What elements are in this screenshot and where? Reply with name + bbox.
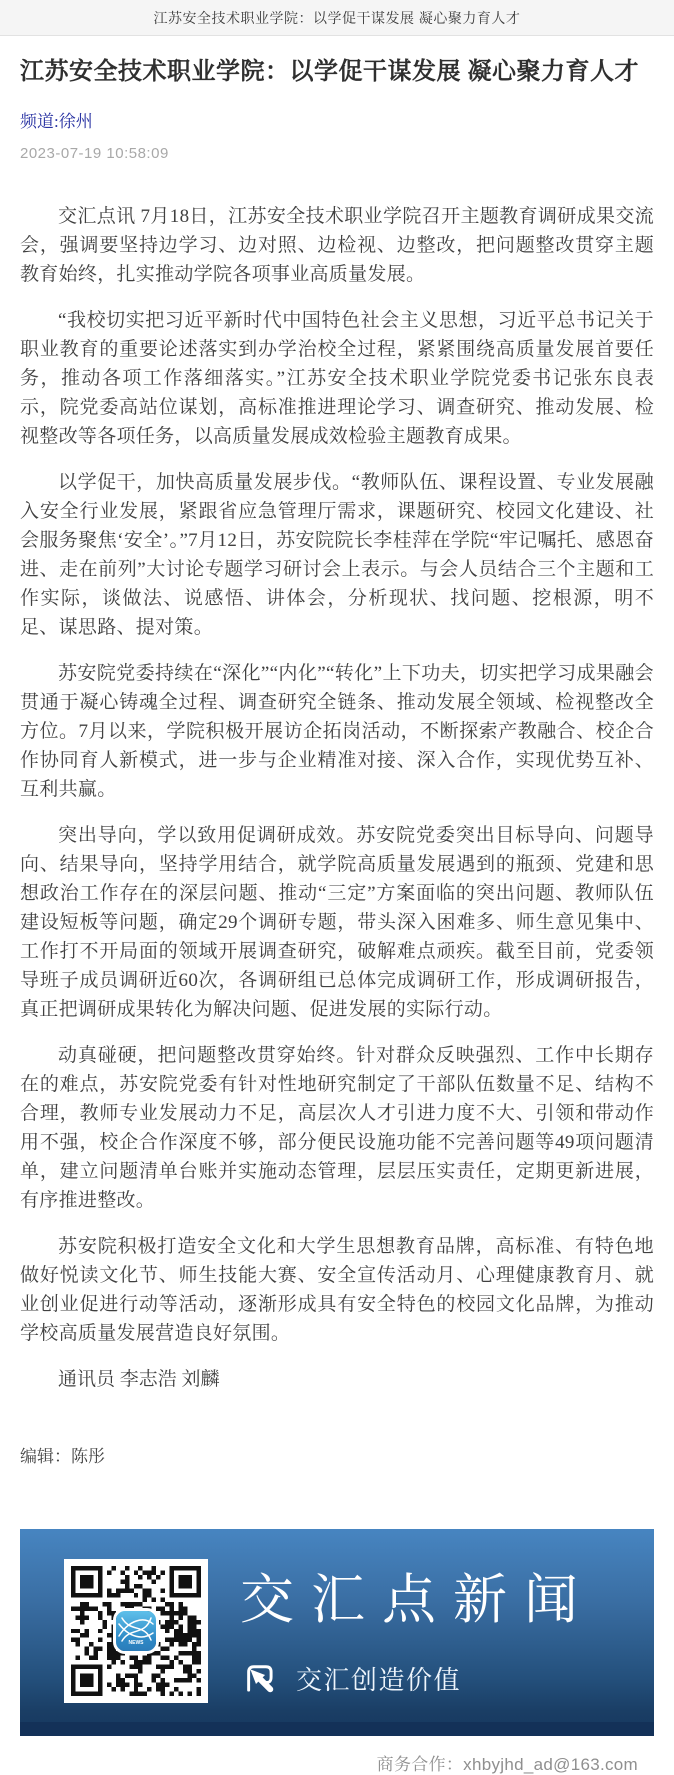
banner-text-block: 交汇点新闻 交汇创造价值 xyxy=(240,1529,595,1736)
article-paragraph: 苏安院党委持续在“深化”“内化”“转化”上下功夫，切实把学习成果融会贯通于凝心铸… xyxy=(20,659,654,804)
editor-line: 编辑：陈彤 xyxy=(20,1442,654,1467)
article-paragraph: 突出导向，学以致用促调研成效。苏安院党委突出目标导向、问题导向、结果导向，坚持学… xyxy=(20,821,654,1024)
banner-slogan: 交汇创造价值 xyxy=(296,1660,461,1697)
cursor-arrow-icon xyxy=(240,1659,278,1697)
banner-brand-title: 交汇点新闻 xyxy=(240,1571,595,1629)
correspondent-line: 通讯员 李志浩 刘麟 xyxy=(20,1365,654,1394)
article-container: 江苏安全技术职业学院：以学促干谋发展 凝心聚力育人才 频道:徐州 2023-07… xyxy=(0,52,674,1775)
business-contact: 商务合作：xhbyjhd_ad@163.com xyxy=(20,1750,654,1775)
article-paragraph: 动真碰硬，把问题整改贯穿始终。针对群众反映强烈、工作中长期存在的难点，苏安院党委… xyxy=(20,1041,654,1215)
qr-code: NEWS xyxy=(64,1559,208,1703)
article-paragraph: 苏安院积极打造安全文化和大学生思想教育品牌，高标准、有特色地做好悦读文化节、师生… xyxy=(20,1232,654,1348)
channel-link[interactable]: 频道:徐州 xyxy=(20,112,93,131)
promo-banner[interactable]: NEWS 交汇点新闻 交汇创造价值 xyxy=(20,1529,654,1736)
header-title: 江苏安全技术职业学院：以学促干谋发展 凝心聚力育人才 xyxy=(154,8,521,28)
app-logo-icon: NEWS xyxy=(116,1611,156,1651)
article-paragraph: 以学促干，加快高质量发展步伐。“教师队伍、课程设置、专业发展融入安全行业发展，紧… xyxy=(20,468,654,642)
article-paragraph: “我校切实把习近平新时代中国特色社会主义思想，习近平总书记关于职业教育的重要论述… xyxy=(20,306,654,451)
publish-timestamp: 2023-07-19 10:58:09 xyxy=(20,145,654,162)
channel-row: 频道:徐州 xyxy=(20,107,654,132)
article-title: 江苏安全技术职业学院：以学促干谋发展 凝心聚力育人才 xyxy=(20,52,654,92)
banner-slogan-row: 交汇创造价值 xyxy=(240,1659,595,1697)
article-paragraph: 交汇点讯 7月18日，江苏安全技术职业学院召开主题教育调研成果交流会，强调要坚持… xyxy=(20,202,654,289)
app-logo-glyph: NEWS xyxy=(116,1566,156,1696)
svg-text:NEWS: NEWS xyxy=(129,1640,145,1646)
article-body: 交汇点讯 7月18日，江苏安全技术职业学院召开主题教育调研成果交流会，强调要坚持… xyxy=(20,202,654,1348)
page-header-bar: 江苏安全技术职业学院：以学促干谋发展 凝心聚力育人才 xyxy=(0,0,674,36)
